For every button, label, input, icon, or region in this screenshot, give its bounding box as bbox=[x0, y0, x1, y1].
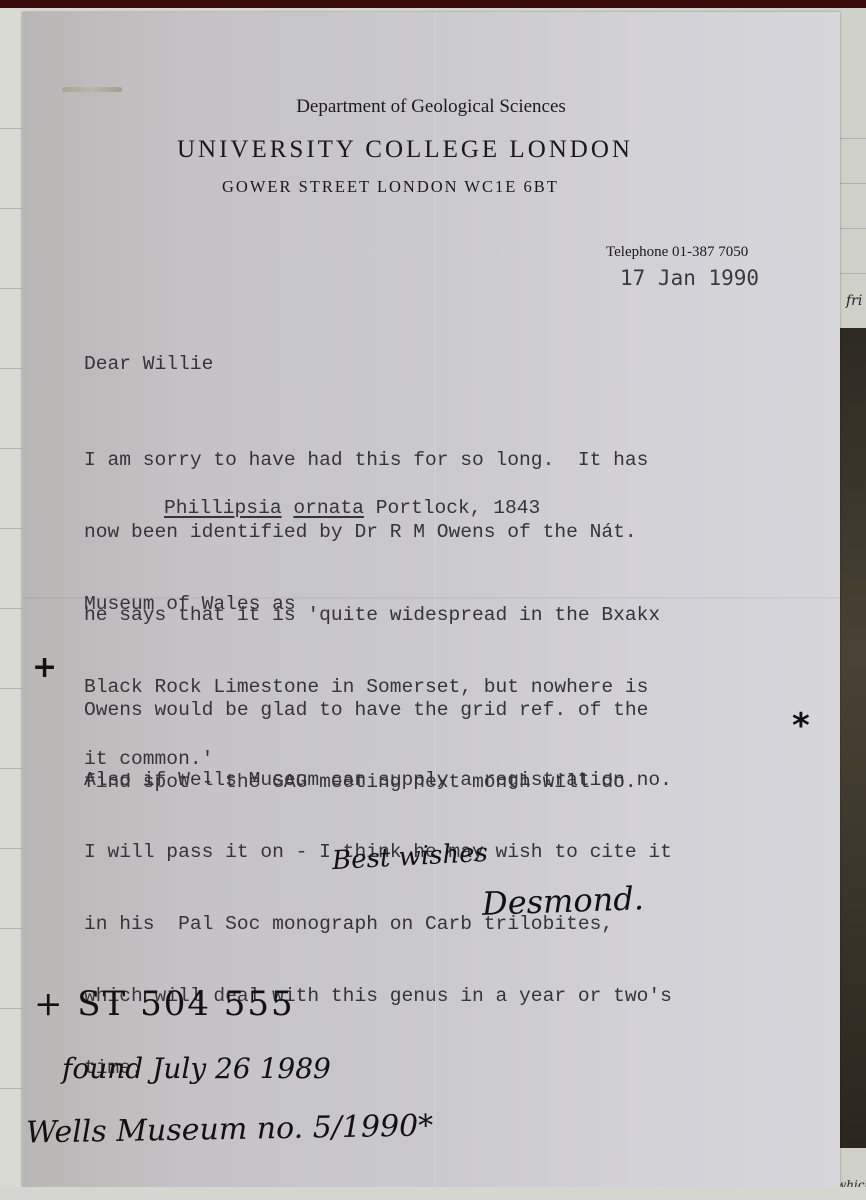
letter-date: 17 Jan 1990 bbox=[620, 266, 759, 290]
notebook-rule bbox=[0, 608, 22, 609]
text-line: Also if Wells Museum can supply a regist… bbox=[84, 768, 672, 792]
letterhead-address: GOWER STREET LONDON WC1E 6BT bbox=[222, 177, 559, 197]
handwritten-museum-number: Wells Museum no. 5/1990* bbox=[26, 1108, 434, 1150]
notebook-rule bbox=[0, 368, 22, 369]
notebook-rule bbox=[840, 183, 866, 184]
notebook-rule bbox=[840, 228, 866, 229]
notebook-rule bbox=[0, 1008, 22, 1009]
letterhead-telephone: Telephone 01-387 7050 bbox=[606, 244, 748, 261]
salutation: Dear Willie bbox=[84, 352, 213, 376]
notebook-rule bbox=[840, 138, 866, 139]
species-authority: Portlock, 1843 bbox=[376, 497, 541, 519]
letter-sheet: Department of Geological Sciences UNIVER… bbox=[22, 12, 840, 1187]
species-epithet: ornata bbox=[293, 497, 364, 519]
species-name: Phillipsia ornata Portlock, 1843 bbox=[164, 496, 540, 520]
margin-asterisk-mark: * bbox=[792, 706, 810, 746]
notebook-rule bbox=[0, 768, 22, 769]
handwritten-found-date: found July 26 1989 bbox=[62, 1052, 331, 1085]
handwritten-grid-ref: + ST 504 555 bbox=[34, 984, 295, 1024]
margin-plus-mark: + bbox=[32, 650, 57, 685]
text-line: he says that it is 'quite widespread in … bbox=[84, 603, 660, 627]
department-text: Department of Geological Sciences bbox=[296, 96, 566, 118]
notebook-rule bbox=[0, 208, 22, 209]
letterhead-department: Department of Geological Sciences bbox=[22, 96, 840, 118]
text-line: Owens would be glad to have the grid ref… bbox=[84, 698, 648, 722]
letterhead-institution: UNIVERSITY COLLEGE LONDON bbox=[177, 136, 633, 164]
notebook-rule bbox=[0, 688, 22, 689]
notebook-rule bbox=[0, 288, 22, 289]
notebook-rule bbox=[840, 273, 866, 274]
handwritten-signature: Desmond. bbox=[481, 879, 644, 923]
notebook-rule bbox=[0, 848, 22, 849]
notebook-rule bbox=[0, 528, 22, 529]
genus-name: Phillipsia bbox=[164, 497, 282, 519]
notebook-rule bbox=[0, 1088, 22, 1089]
notebook-rule bbox=[0, 128, 22, 129]
text-line: I am sorry to have had this for so long.… bbox=[84, 448, 648, 472]
background-notebook-bottom bbox=[0, 1187, 866, 1200]
background-photo-edge bbox=[838, 328, 866, 1148]
text-line: now been identified by Dr R M Owens of t… bbox=[84, 520, 648, 544]
staple-mark bbox=[62, 87, 122, 92]
notebook-rule bbox=[0, 448, 22, 449]
notebook-scribble: fri bbox=[846, 293, 862, 309]
notebook-rule bbox=[0, 928, 22, 929]
